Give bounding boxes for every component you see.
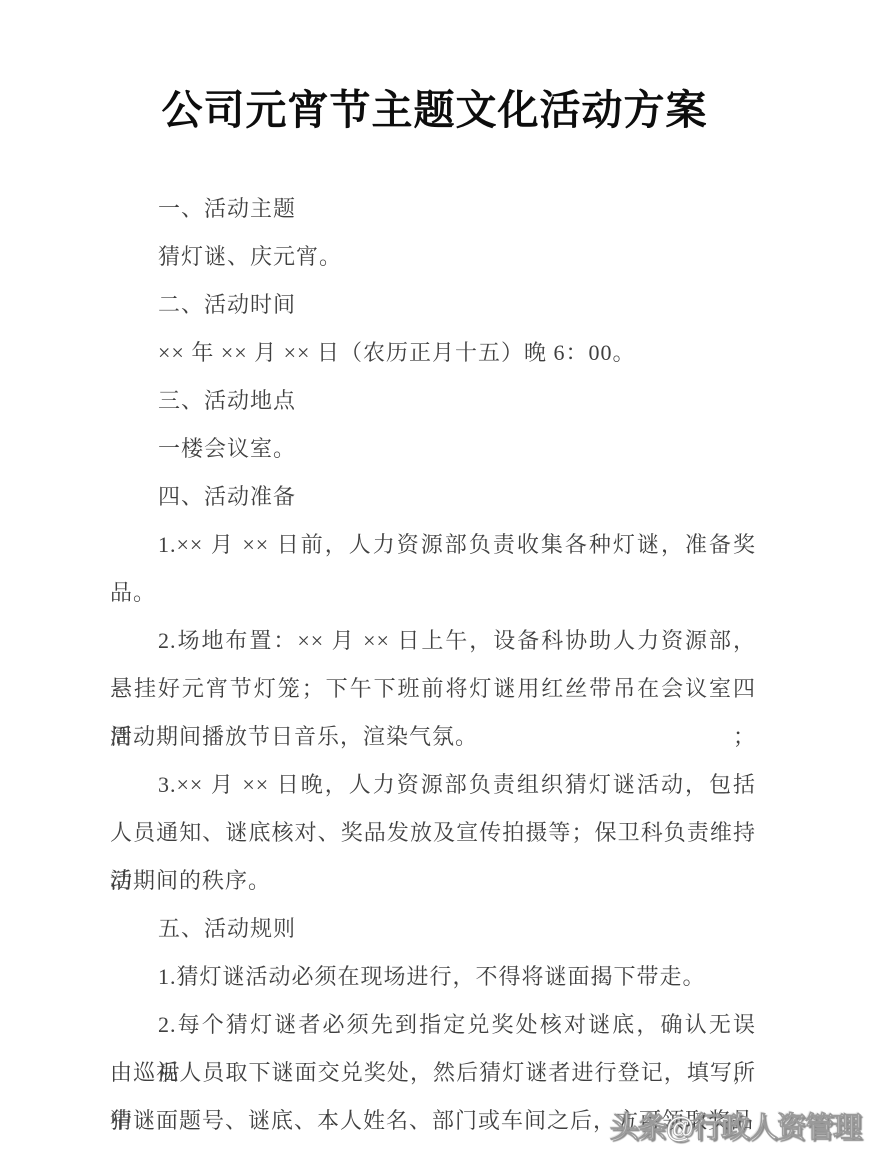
- paragraph-line: 2.每个猜灯谜者必须先到指定兑奖处核对谜底，确认无误后，: [110, 1001, 756, 1049]
- document-body: 一、活动主题猜灯谜、庆元宵。二、活动时间×× 年 ×× 月 ×× 日（农历正月十…: [110, 185, 756, 1145]
- paragraph-line: 悬挂好元宵节灯笼；下午下班前将灯谜用红丝带吊在会议室四周；: [110, 665, 756, 713]
- paragraph-line: 一、活动主题: [110, 185, 756, 233]
- paragraph-line: 动期间的秩序。: [110, 857, 756, 905]
- paragraph-line: 四、活动准备: [110, 473, 756, 521]
- paragraph-line: 二、活动时间: [110, 281, 756, 329]
- paragraph-line: 1.猜灯谜活动必须在现场进行，不得将谜面揭下带走。: [110, 953, 756, 1001]
- document-title: 公司元宵节主题文化活动方案: [0, 82, 869, 138]
- paragraph-line: 一楼会议室。: [110, 425, 756, 473]
- paragraph-line: 3.×× 月 ×× 日晚，人力资源部负责组织猜灯谜活动，包括: [110, 761, 756, 809]
- paragraph-line: 由巡视人员取下谜面交兑奖处，然后猜灯谜者进行登记，填写所猜: [110, 1049, 756, 1097]
- paragraph-line: 三、活动地点: [110, 377, 756, 425]
- paragraph-line: 五、活动规则: [110, 905, 756, 953]
- document-page: 公司元宵节主题文化活动方案 一、活动主题猜灯谜、庆元宵。二、活动时间×× 年 ×…: [0, 0, 869, 1159]
- paragraph-line: 2.场地布置：×× 月 ×× 日上午，设备科协助人力资源部，: [110, 617, 756, 665]
- paragraph-line: 中谜面题号、谜底、本人姓名、部门或车间之后，方可领取奖品: [110, 1097, 756, 1145]
- paragraph-line: ×× 年 ×× 月 ×× 日（农历正月十五）晚 6：00。: [110, 329, 756, 377]
- paragraph-line: 品。: [110, 569, 756, 617]
- paragraph-line: 1.×× 月 ×× 日前，人力资源部负责收集各种灯谜，准备奖: [110, 521, 756, 569]
- paragraph-line: 猜灯谜、庆元宵。: [110, 233, 756, 281]
- paragraph-line: 人员通知、谜底核对、奖品发放及宣传拍摄等；保卫科负责维持活: [110, 809, 756, 857]
